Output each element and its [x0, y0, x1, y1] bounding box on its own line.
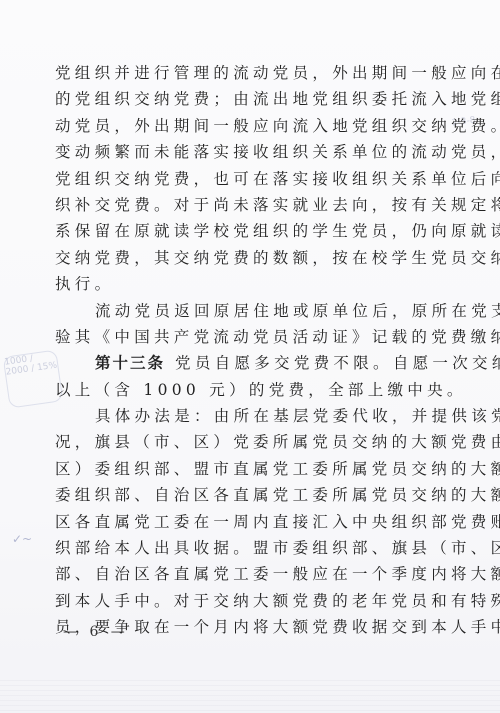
- text-line: 交纳党费，其交纳党费的数额，按在校学生党员交纳党费标准: [55, 245, 445, 271]
- page-number: — 6 —: [63, 624, 129, 640]
- text-line: 动党员，外出期间一般应向流入地党组织交纳党费。因外出地点: [55, 113, 445, 139]
- article-text: 党员自愿多交党费不限。自愿一次交纳 1000 元: [175, 354, 500, 372]
- text-line: 变动频繁而未能落实接收组织关系单位的流动党员，可向流出地: [55, 139, 445, 165]
- paragraph-line: 流动党员返回原居住地或原单位后，原所在党支部应及时查: [55, 298, 445, 324]
- text-line: 系保留在原就读学校党组织的学生党员，仍向原就读学校党组织: [55, 218, 445, 244]
- handwritten-tick-icon: ✓~: [12, 532, 32, 546]
- article-13-line: 以上（含 1000 元）的党费，全部上缴中央。: [55, 377, 445, 403]
- paragraph-line: 况，旗县（市、区）党委所属党员交纳的大额党费由旗县（市、: [55, 429, 445, 455]
- text-line: 执行。: [55, 271, 445, 297]
- paragraph-line: 织部给本人出具收据。盟市委组织部、旗县（市、区）委组织: [55, 535, 445, 561]
- article-heading: 第十三条: [95, 353, 165, 372]
- article-13-line: 第十三条党员自愿多交党费不限。自愿一次交纳 1000 元: [55, 350, 445, 376]
- text-line: 党组织并进行管理的流动党员，外出期间一般应向在流入地建立: [55, 60, 445, 86]
- document-body: 党组织并进行管理的流动党员，外出期间一般应向在流入地建立 的党组织交纳党费；由流…: [55, 60, 445, 641]
- paragraph-line: 区各直属党工委在一周内直接汇入中央组织部党费账户，中央组: [55, 509, 445, 535]
- paragraph-line: 部、自治区各直属党工委一般应在一个季度内将大额党费收据交: [55, 561, 445, 587]
- scan-artifact: [0, 680, 500, 713]
- paragraph-line: 区）委组织部、盟市直属党工委所属党员交纳的大额党费由盟市: [55, 456, 445, 482]
- text-line: 党组织交纳党费，也可在落实接收组织关系单位后向流入地党组: [55, 166, 445, 192]
- paragraph-line: 委组织部、自治区各直属党工委所属党员交纳的大额党费由自治: [55, 482, 445, 508]
- paragraph-line: 到本人手中。对于交纳大额党费的老年党员和有特殊情况的党: [55, 588, 445, 614]
- paragraph-line: 具体办法是：由所在基层党委代收，并提供该党员的简要情: [55, 403, 445, 429]
- text-line: 的党组织交纳党费；由流出地党组织委托流入地党组织管理的流: [55, 86, 445, 112]
- text-line: 织补交党费。对于尚未落实就业去向，按有关规定将党员组织关: [55, 192, 445, 218]
- paragraph-line: 验其《中国共产党流动党员活动证》记载的党费缴纳情况。: [55, 324, 445, 350]
- document-page: 2-3-8 1000 / 2000 / 15% ✓~ 党组织并进行管理的流动党员…: [0, 0, 500, 713]
